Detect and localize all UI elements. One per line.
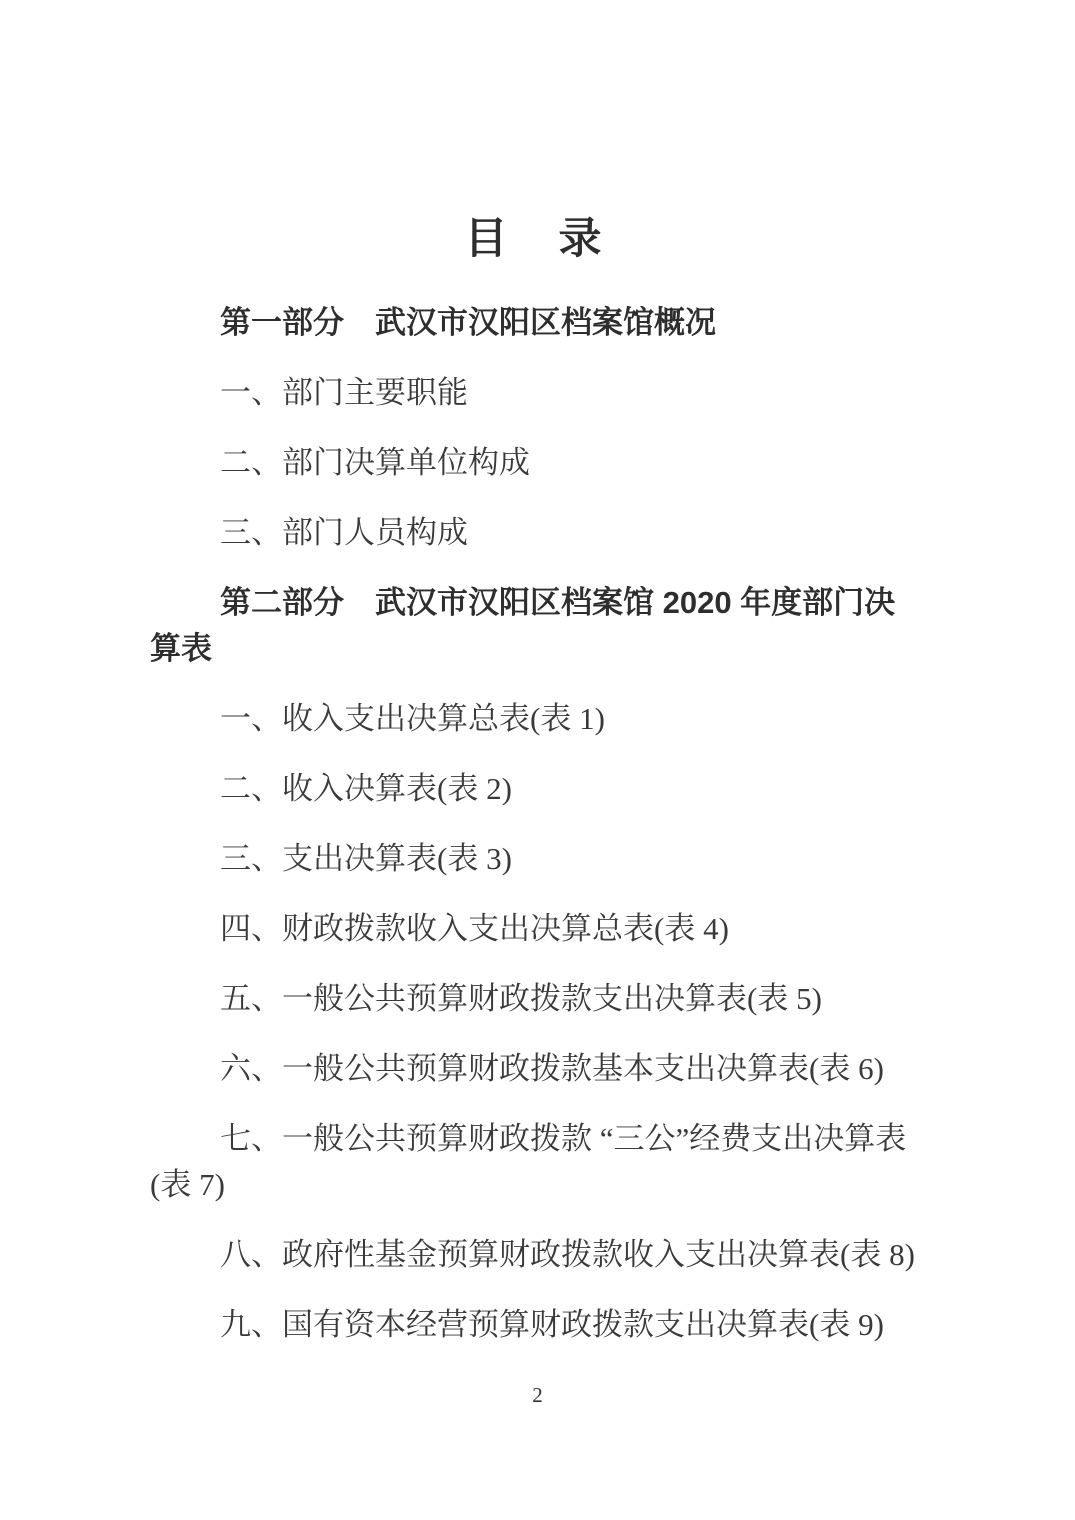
toc-item: 一、部门主要职能 [150,370,920,416]
toc-item: 三、支出决算表(表 3) [150,836,920,882]
toc-item: 五、一般公共预算财政拨款支出决算表(表 5) [150,976,920,1022]
toc-item: 四、财政拨款收入支出决算总表(表 4) [150,906,920,952]
toc-item: 七、一般公共预算财政拨款 “三公”经费支出决算表(表 7) [150,1116,920,1208]
toc-section-heading-part1: 第一部分 武汉市汉阳区档案馆概况 [150,300,920,346]
toc-section-heading-part2: 第二部分 武汉市汉阳区档案馆 2020 年度部门决算表 [150,580,920,672]
toc-item: 三、部门人员构成 [150,510,920,556]
toc-item: 二、部门决算单位构成 [150,440,920,486]
toc-title: 目 录 [150,210,920,268]
toc-content: 目 录 第一部分 武汉市汉阳区档案馆概况 一、部门主要职能 二、部门决算单位构成… [0,0,1075,1348]
toc-item: 六、一般公共预算财政拨款基本支出决算表(表 6) [150,1046,920,1092]
toc-item: 九、国有资本经营预算财政拨款支出决算表(表 9) [150,1302,920,1348]
toc-item: 八、政府性基金预算财政拨款收入支出决算表(表 8) [150,1232,920,1278]
document-page: 目 录 第一部分 武汉市汉阳区档案馆概况 一、部门主要职能 二、部门决算单位构成… [0,0,1075,1520]
toc-item: 二、收入决算表(表 2) [150,766,920,812]
toc-item: 一、收入支出决算总表(表 1) [150,696,920,742]
page-number: 2 [0,1383,1075,1408]
